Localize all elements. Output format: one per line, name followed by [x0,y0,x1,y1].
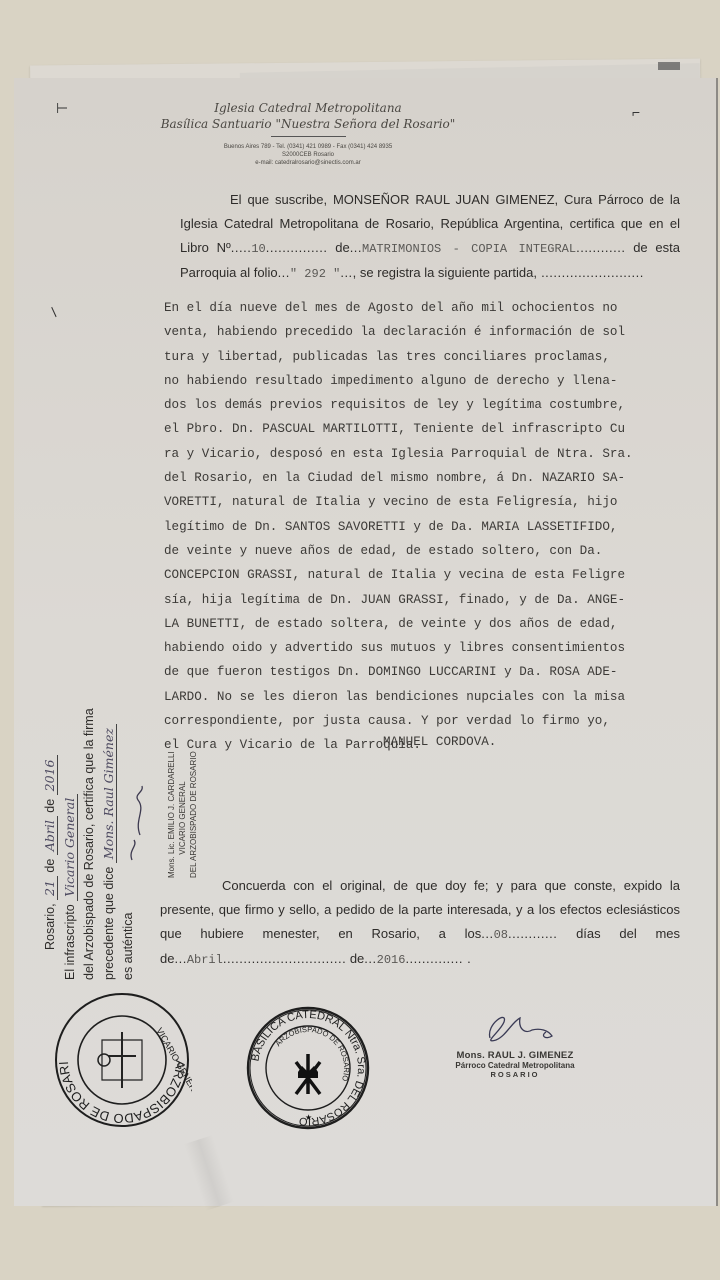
closing-text: de [350,951,364,966]
legalization-role: Vicario General [62,794,78,901]
record-line: LARDO. No se les dieron las bendiciones … [164,685,684,709]
vicar-stamp-org: DEL ARZOBISPADO DE ROSARIO [188,758,199,878]
letterhead: Iglesia Catedral Metropolitana Basílica … [148,100,468,167]
record-line: de veinte y nueve años de edad, de estad… [164,539,684,563]
svg-text:ARZOBISPADO DE ROSARIO: ARZOBISPADO DE ROSARIO [52,990,188,1126]
letterhead-address: Buenos Aires 789 - Tel. (0341) 421 0989 … [148,143,468,151]
cathedral-seal-icon: BASILICA CATEDRAL Ntra. Sra. DEL ROSARIO… [246,1006,370,1130]
legalization-signer: Mons. Raul Giménez [101,724,117,863]
closing-paragraph: Concuerda con el original, de que doy fe… [160,874,680,972]
record-line: del Rosario, en la Ciudad del mismo nomb… [164,466,684,490]
legalization-text: Rosario, [43,903,57,950]
punch-mark-icon: ⌐ [632,104,640,120]
record-line: habiendo oido y advertido sus mutuos y l… [164,636,684,660]
legalization-month: Abril [42,816,58,855]
record-line: LA BUNETTI, de estado soltera, de veinte… [164,612,684,636]
closing-year: 2016 [377,953,406,967]
record-line: dos los demás previos requisitos de ley … [164,393,684,417]
letterhead-postal: S2000CEB Rosario [148,151,468,159]
punch-mark-icon: ⊢ [56,100,68,117]
letterhead-email: e-mail: catedralrosario@sinectis.com.ar [148,159,468,167]
record-line: VORETTI, natural de Italia y vecino de e… [164,490,684,514]
legalization-year: 2016 [42,756,58,796]
legalization-text: precedente que dice [102,867,116,980]
record-line: el Pbro. Dn. PASCUAL MARTILOTTI, Tenient… [164,417,684,441]
folio-number: " 292 " [290,267,340,281]
record-signer: MANUEL CORDOVA. [383,735,496,749]
closing-month: Abril [187,953,223,967]
marriage-record: En el día nueve del mes de Agosto del añ… [164,296,684,758]
legalization-text: del Arzobispado de Rosario, certifica qu… [80,690,99,980]
legalization-text: de [43,799,57,813]
record-line: de que fueron testigos Dn. DOMINGO LUCCA… [164,660,684,684]
record-line: tura y libertad, publicadas las tres con… [164,345,684,369]
record-line: legítimo de Dn. SANTOS SAVORETTI y de Da… [164,515,684,539]
legalization-day: 21 [42,876,58,900]
priest-name: Mons. RAUL J. GIMENEZ [430,1050,600,1061]
paper-fold [184,1135,234,1211]
archdiocese-seal-icon: ARZOBISPADO DE ROSARIO VICARIO GENERAL [52,990,192,1130]
priest-role: Párroco Catedral Metropolitana [430,1061,600,1070]
header-text: , se registra la siguiente partida, [353,265,537,280]
vicar-stamp: Mons. Lic. EMILIO J. CARDARELLI VICARIO … [166,758,199,878]
closing-day: 08 [494,928,508,942]
priest-city: ROSARIO [430,1070,600,1079]
letterhead-divider [271,136,346,137]
libro-number: 10 [251,242,265,256]
record-line: ra y Vicario, desposó en esta Iglesia Pa… [164,442,684,466]
record-line: correspondiente, por justa causa. Y por … [164,709,684,733]
clip-mark [658,62,680,70]
record-line: no habiendo resultado impedimento alguno… [164,369,684,393]
vicar-stamp-role: VICARIO GENERAL [177,758,188,878]
header-text: de [335,240,349,255]
legalization-text: El infrascripto [63,904,77,980]
vicar-signature-icon [120,780,160,870]
vicar-stamp-name: Mons. Lic. EMILIO J. CARDARELLI [166,758,177,878]
record-line: sía, hija legítima de Dn. JUAN GRASSI, f… [164,588,684,612]
priest-signature-icon [460,1000,570,1050]
libro-name: MATRIMONIOS - COPIA INTEGRAL [362,242,576,256]
legalization-text: de [43,859,57,873]
svg-text:★: ★ [305,1113,312,1122]
letterhead-subtitle: Basílica Santuario "Nuestra Señora del R… [148,116,468,132]
record-line: En el día nueve del mes de Agosto del añ… [164,296,684,320]
record-line: venta, habiendo precedido la declaración… [164,320,684,344]
record-line: CONCEPCION GRASSI, natural de Italia y v… [164,563,684,587]
letterhead-title: Iglesia Catedral Metropolitana [148,100,468,116]
certificate-header: El que suscribe, MONSEÑOR RAUL JUAN GIME… [180,188,680,286]
priest-stamp: Mons. RAUL J. GIMENEZ Párroco Catedral M… [430,1000,600,1079]
